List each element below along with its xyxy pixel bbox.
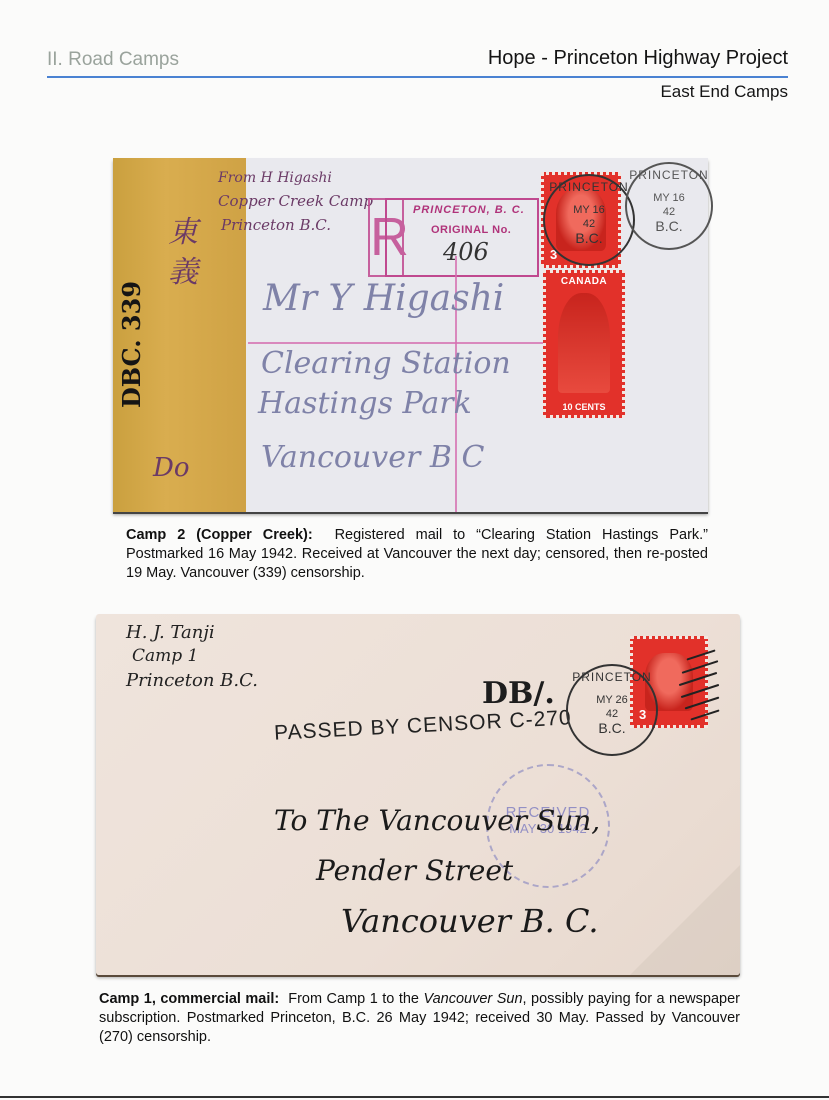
stamp-unit: CENTS bbox=[575, 402, 606, 412]
stamp-10-cents: CANADA 10 CENTS bbox=[543, 270, 625, 418]
address-line-3: Hastings Park bbox=[258, 386, 472, 421]
postmark-2: PRINCETON MY 16 42 B.C. bbox=[625, 162, 713, 250]
stamp-value: 10 bbox=[562, 402, 572, 412]
page-subtitle: East End Camps bbox=[660, 82, 788, 102]
postmark-date: MY 16 bbox=[627, 192, 711, 204]
address-line-1: Mr Y Higashi bbox=[263, 278, 504, 319]
caption-heading: Camp 2 (Copper Creek): bbox=[126, 527, 313, 543]
return-address-3: Princeton B.C. bbox=[221, 216, 331, 234]
caption-heading: Camp 1, commercial mail: bbox=[99, 991, 279, 1007]
postmark-date: MY 26 bbox=[568, 694, 656, 706]
postmark-town: PRINCETON bbox=[627, 168, 711, 182]
postmark-year: 42 bbox=[545, 218, 633, 230]
envelope-camp-2: DBC. 339 Do 東義 From H Higashi Copper Cre… bbox=[113, 158, 708, 512]
postmark: PRINCETON MY 26 42 B.C. bbox=[566, 664, 658, 756]
caption-newspaper: Vancouver Sun bbox=[423, 991, 522, 1007]
censor-tape: DBC. 339 Do 東義 bbox=[113, 158, 246, 512]
registration-office: PRINCETON, B. C. bbox=[413, 204, 525, 216]
envelope-flap-corner bbox=[630, 865, 740, 975]
return-address-1: H. J. Tanji bbox=[126, 622, 215, 643]
postmark-province: B.C. bbox=[627, 218, 711, 234]
censor-tape-annotation: Do bbox=[153, 453, 190, 483]
address-line-2: Pender Street bbox=[316, 854, 513, 887]
section-title: II. Road Camps bbox=[47, 49, 179, 71]
address-line-3: Vancouver B. C. bbox=[341, 902, 599, 940]
return-address-3: Princeton B.C. bbox=[126, 670, 258, 691]
censor-mark: DB/. bbox=[482, 676, 555, 711]
caption-camp-1: Camp 1, commercial mail: From Camp 1 to … bbox=[99, 990, 740, 1047]
postmark-1: PRINCETON MY 16 42 B.C. bbox=[543, 174, 635, 266]
censor-stamp: PASSED BY CENSOR C-270 bbox=[274, 706, 573, 746]
postmark-town: PRINCETON bbox=[545, 180, 633, 194]
header-rule bbox=[47, 76, 788, 78]
address-line-2: Clearing Station bbox=[261, 346, 511, 381]
postmark-town: PRINCETON bbox=[568, 670, 656, 684]
return-address-2: Camp 1 bbox=[132, 646, 198, 666]
page-title: Hope - Princeton Highway Project bbox=[488, 47, 788, 70]
bottom-rule bbox=[0, 1096, 829, 1098]
postmark-date: MY 16 bbox=[545, 204, 633, 216]
japanese-annotation: 東義 bbox=[168, 213, 208, 293]
registration-label: ORIGINAL No. bbox=[431, 224, 511, 236]
return-address-2: Copper Creek Camp bbox=[218, 192, 373, 210]
stamp-country: CANADA bbox=[546, 276, 622, 287]
address-line-4: Vancouver B C bbox=[261, 440, 484, 475]
postmark-province: B.C. bbox=[545, 230, 633, 246]
caption-camp-2: Camp 2 (Copper Creek): Registered mail t… bbox=[126, 526, 708, 583]
registration-number: 406 bbox=[443, 238, 489, 266]
caption-text-pre: From Camp 1 to the bbox=[288, 991, 419, 1007]
postmark-year: 42 bbox=[627, 206, 711, 218]
censor-tape-label: DBC. 339 bbox=[117, 281, 146, 408]
envelope-camp-1: H. J. Tanji Camp 1 Princeton B.C. DB/. P… bbox=[96, 614, 740, 975]
address-line-1: To The Vancouver Sun, bbox=[274, 804, 600, 837]
postmark-year: 42 bbox=[568, 708, 656, 720]
postmark-province: B.C. bbox=[568, 720, 656, 736]
return-address-1: From H Higashi bbox=[218, 170, 332, 186]
